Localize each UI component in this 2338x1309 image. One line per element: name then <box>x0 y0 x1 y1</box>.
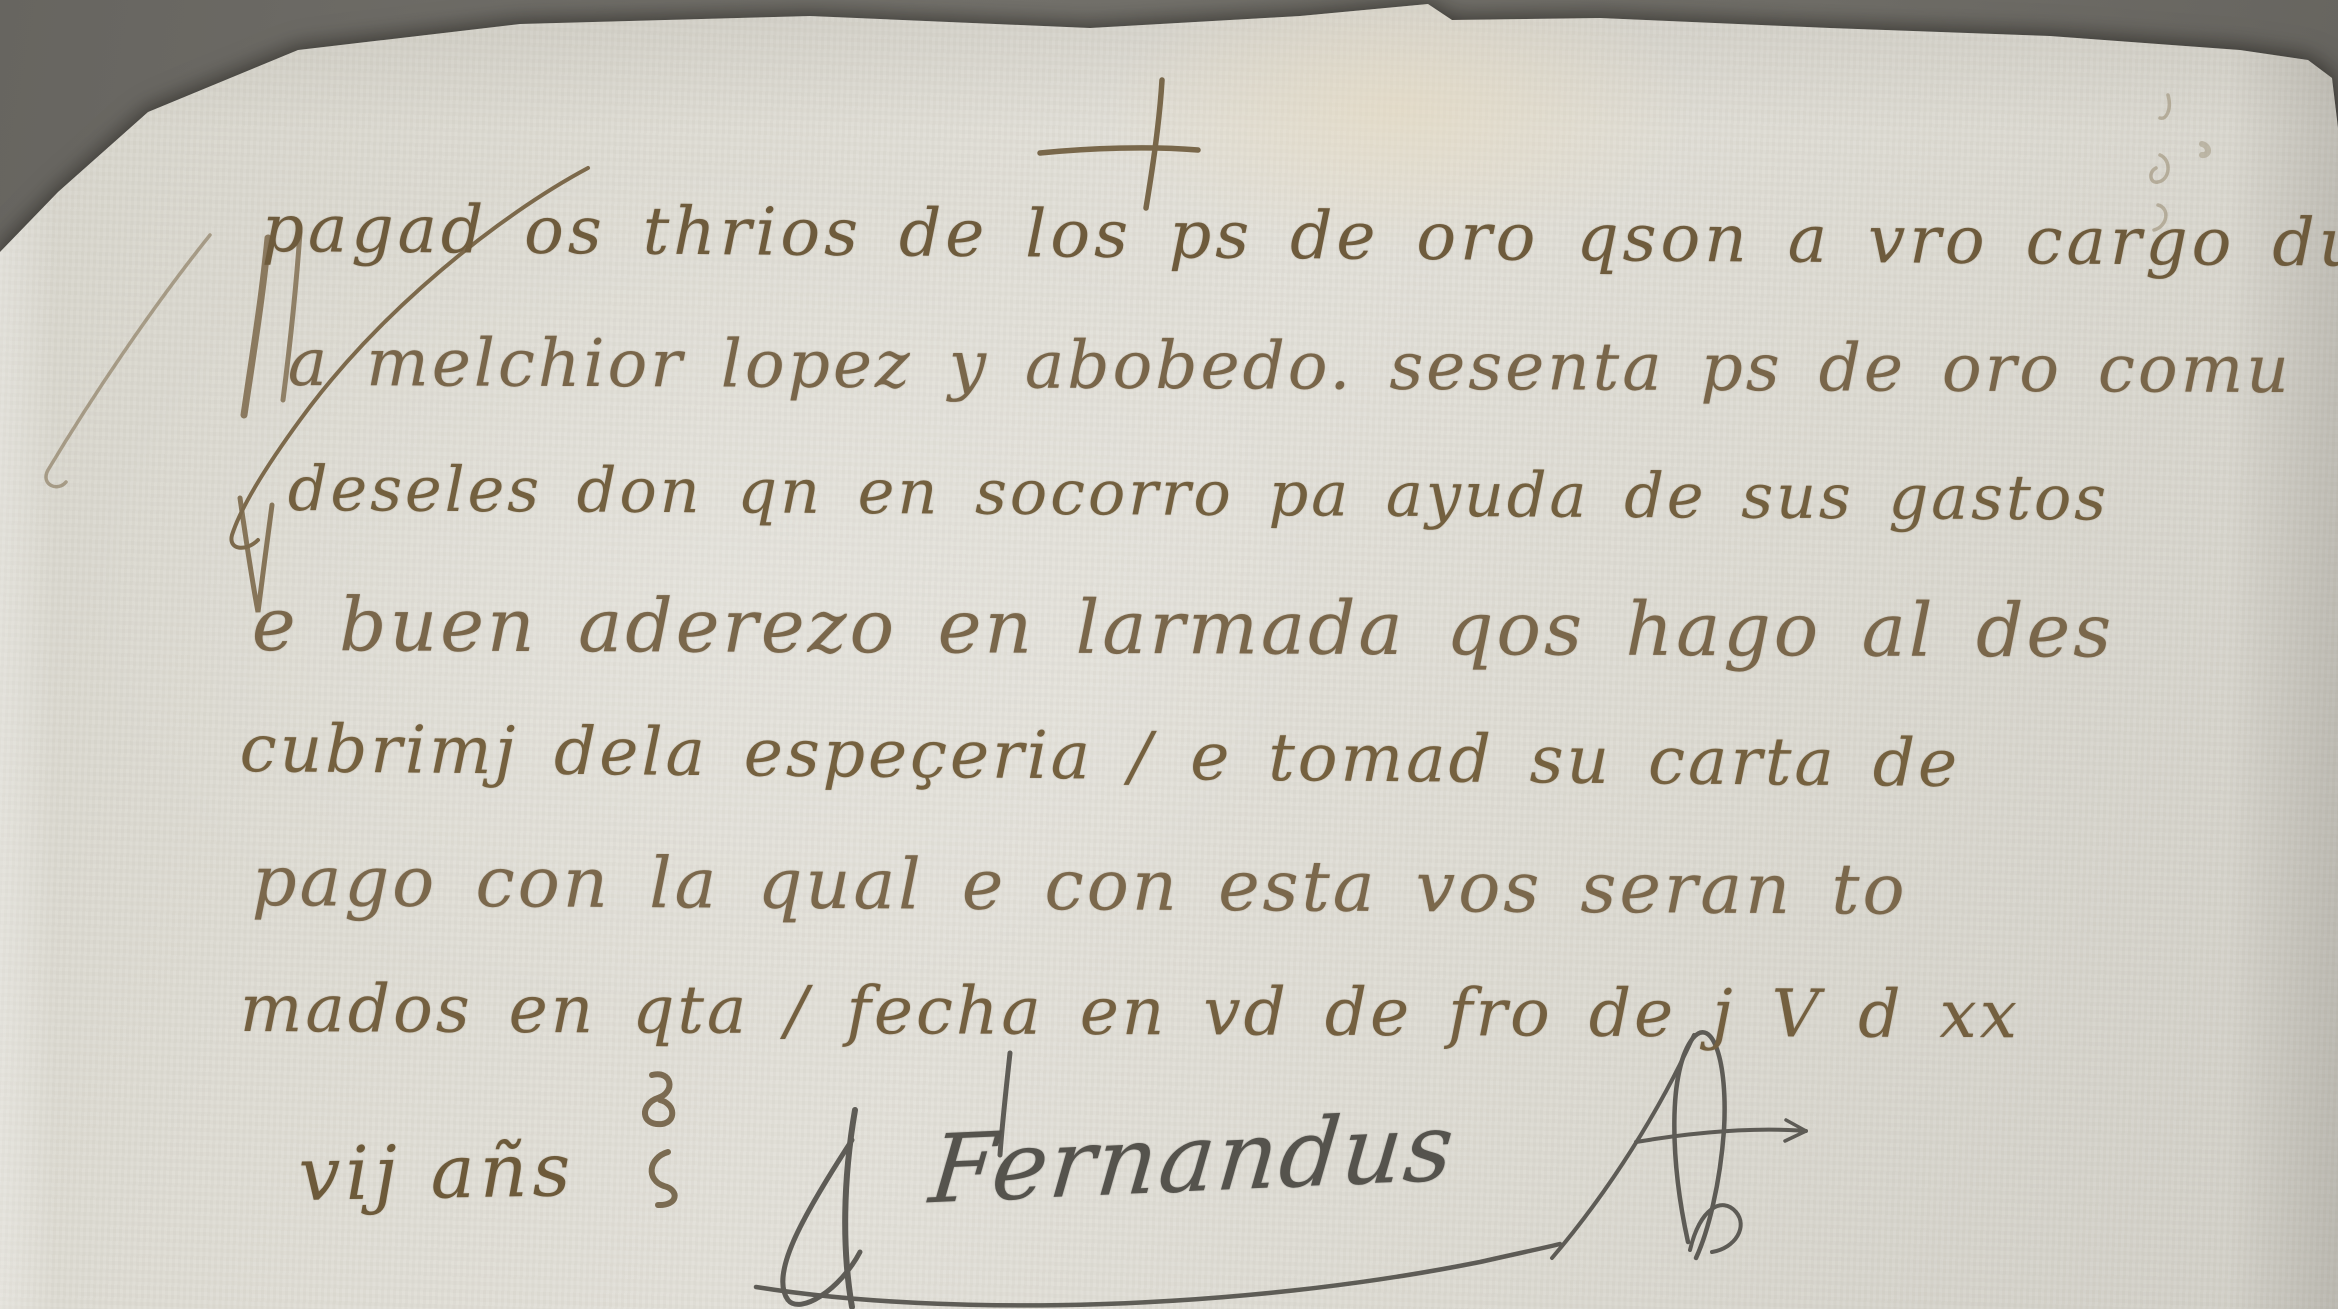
manuscript-line-3: deseles don qn en socorro pa ayuda de su… <box>288 458 2110 530</box>
manuscript-line-1: pagad os thrios de los ps de oro qson a … <box>262 196 2338 277</box>
invocation-cross-icon <box>1040 80 1198 208</box>
paper-shadow: pagad os thrios de los ps de oro qson a … <box>0 0 2338 1309</box>
manuscript-line-4: e buen aderezo en larmada qos hago al de… <box>252 588 2115 669</box>
manuscript-line-6: pago con la qual e con esta vos seran to <box>252 846 1908 925</box>
manuscript-line-5: cubrimj dela espeçeria / e tomad su cart… <box>239 716 1960 797</box>
manuscript-paper: pagad os thrios de los ps de oro qson a … <box>0 0 2338 1309</box>
manuscript-line-2: a melchior lopez y abobedo. sesenta ps d… <box>288 330 2292 403</box>
photo-backdrop: pagad os thrios de los ps de oro qson a … <box>0 0 2338 1309</box>
manuscript-line-7: mados en qta / fecha en vd de fro de j V… <box>240 976 2020 1048</box>
manuscript-closing-date-line: vij añs <box>298 1133 576 1212</box>
signature-name: Fernandus <box>926 1101 1459 1218</box>
interline-ink-marks <box>645 1074 675 1205</box>
